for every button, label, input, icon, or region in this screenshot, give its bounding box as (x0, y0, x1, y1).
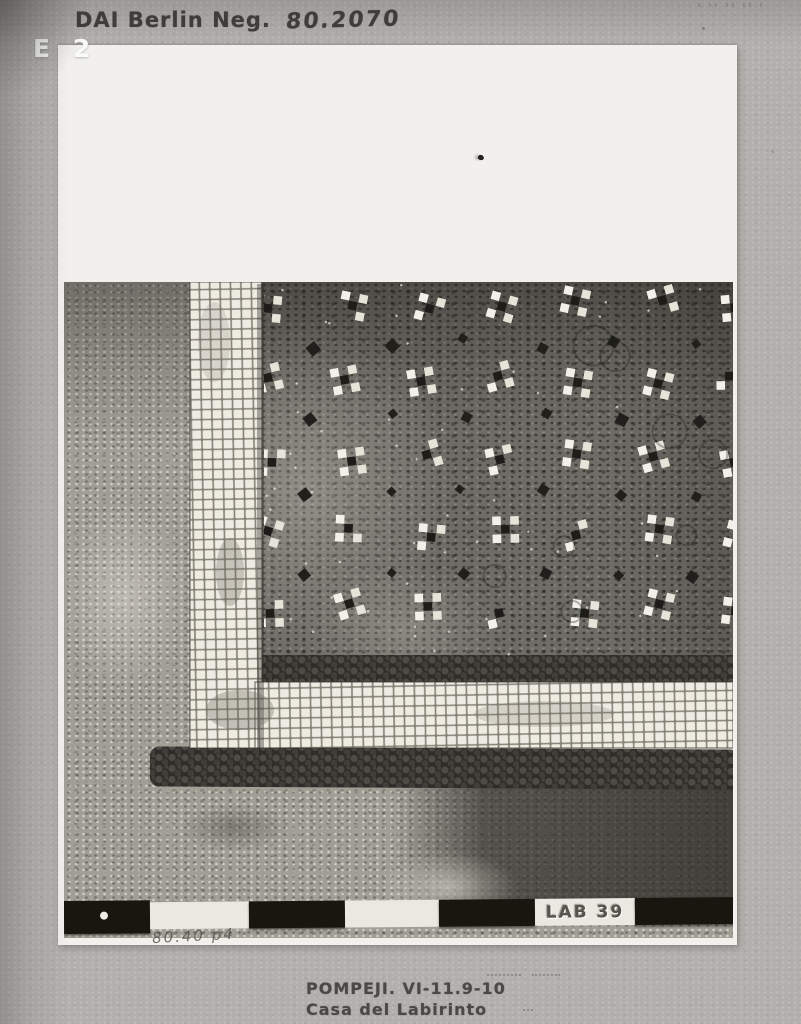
white-crosslet (414, 593, 442, 621)
white-crosslet (559, 285, 591, 317)
white-crosslet (716, 363, 733, 390)
photo-print: LAB 39 80.40 p4 (58, 45, 737, 945)
dust-speck (771, 150, 774, 153)
scalebar-segment-black (439, 899, 535, 927)
black-diamond-tessera (384, 338, 400, 354)
black-diamond-tessera (297, 487, 312, 502)
negative-number-text: 80.2070 (285, 7, 402, 35)
black-diamond-tessera (297, 568, 311, 582)
negative-number-label: DAI Berlin Neg. 80.2070 (75, 8, 400, 33)
white-crosslet (721, 597, 733, 627)
white-crosslet (563, 368, 593, 398)
black-diamond-tessera (615, 489, 628, 502)
black-diamond-tessera (685, 570, 699, 584)
handwritten-photo-number: 80.40 p4 (152, 925, 236, 947)
emulsion-fleck (477, 154, 484, 161)
white-crosslet (335, 515, 363, 543)
white-crosslet (562, 439, 592, 469)
smudge-mark (487, 964, 560, 983)
black-diamond-tessera (541, 408, 553, 420)
scalebar-segment-white: LAB 39 (535, 898, 635, 926)
white-crosslet (413, 292, 446, 325)
black-diamond-tessera (539, 567, 552, 580)
white-crosslet (484, 444, 516, 476)
cobble-strip-below-band (150, 746, 733, 789)
white-crosslet (486, 291, 519, 324)
white-crosslet (570, 599, 599, 628)
black-diamond-tessera (387, 568, 397, 578)
white-crosslet (333, 587, 366, 620)
white-crosslet (337, 290, 368, 321)
white-crosslet (482, 360, 515, 393)
scalebar-segment-black (635, 897, 733, 925)
black-diamond-tessera (388, 408, 399, 419)
black-diamond-tessera (536, 342, 549, 355)
plate-corner-label: E 2 (33, 34, 97, 63)
caption-site-reference: POMPEJI. VI-11.9-10 (306, 979, 506, 998)
caption-house-name: Casa del Labirinto (306, 1000, 487, 1019)
white-crosslet (406, 366, 437, 397)
black-diamond-tessera (457, 567, 470, 580)
black-diamond-tessera (691, 491, 702, 502)
black-diamond-tessera (614, 412, 629, 427)
crosslet-motif-group (251, 284, 733, 656)
black-diamond-tessera (691, 339, 701, 349)
white-crosslet (642, 368, 674, 400)
white-crosslet (337, 447, 367, 477)
cropped-text-fragment (698, 0, 768, 7)
scalebar-label: LAB 39 (535, 898, 635, 926)
dust-speck (702, 27, 705, 30)
white-crosslet (329, 364, 360, 395)
scalebar-segment-black (64, 900, 150, 934)
mosaic-tessellation-layer (64, 282, 733, 938)
smudge-mark (523, 999, 533, 1018)
black-diamond-tessera (386, 486, 396, 496)
scalebar-segment-white (345, 900, 439, 928)
white-crosslet (643, 588, 675, 620)
black-diamond-tessera (305, 341, 321, 357)
black-diamond-tessera (613, 570, 624, 581)
black-diamond-tessera (457, 333, 468, 344)
scalebar-segment-black (249, 901, 345, 929)
white-crosslet (645, 514, 675, 544)
white-crosslet (485, 608, 506, 629)
white-crosslet (417, 523, 446, 552)
black-diamond-tessera (537, 483, 550, 496)
white-crosslet (721, 293, 733, 322)
cobble-edging-strip (255, 655, 733, 685)
white-crosslet (646, 284, 679, 317)
archival-photo-mount: DAI Berlin Neg. 80.2070 (0, 0, 801, 1024)
black-diamond-tessera (460, 411, 472, 423)
white-crosslet (492, 516, 519, 543)
black-diamond-tessera (302, 412, 317, 427)
archive-stamp-text: DAI Berlin Neg. (75, 8, 271, 32)
mosaic-photo-content: LAB 39 (64, 282, 733, 938)
white-crosslet (722, 520, 733, 552)
scalebar-hole (100, 912, 108, 920)
black-diamond-tessera (455, 484, 465, 494)
black-diamond-tessera (692, 414, 706, 428)
white-crosslet (637, 440, 670, 473)
white-crosslet (419, 438, 444, 469)
